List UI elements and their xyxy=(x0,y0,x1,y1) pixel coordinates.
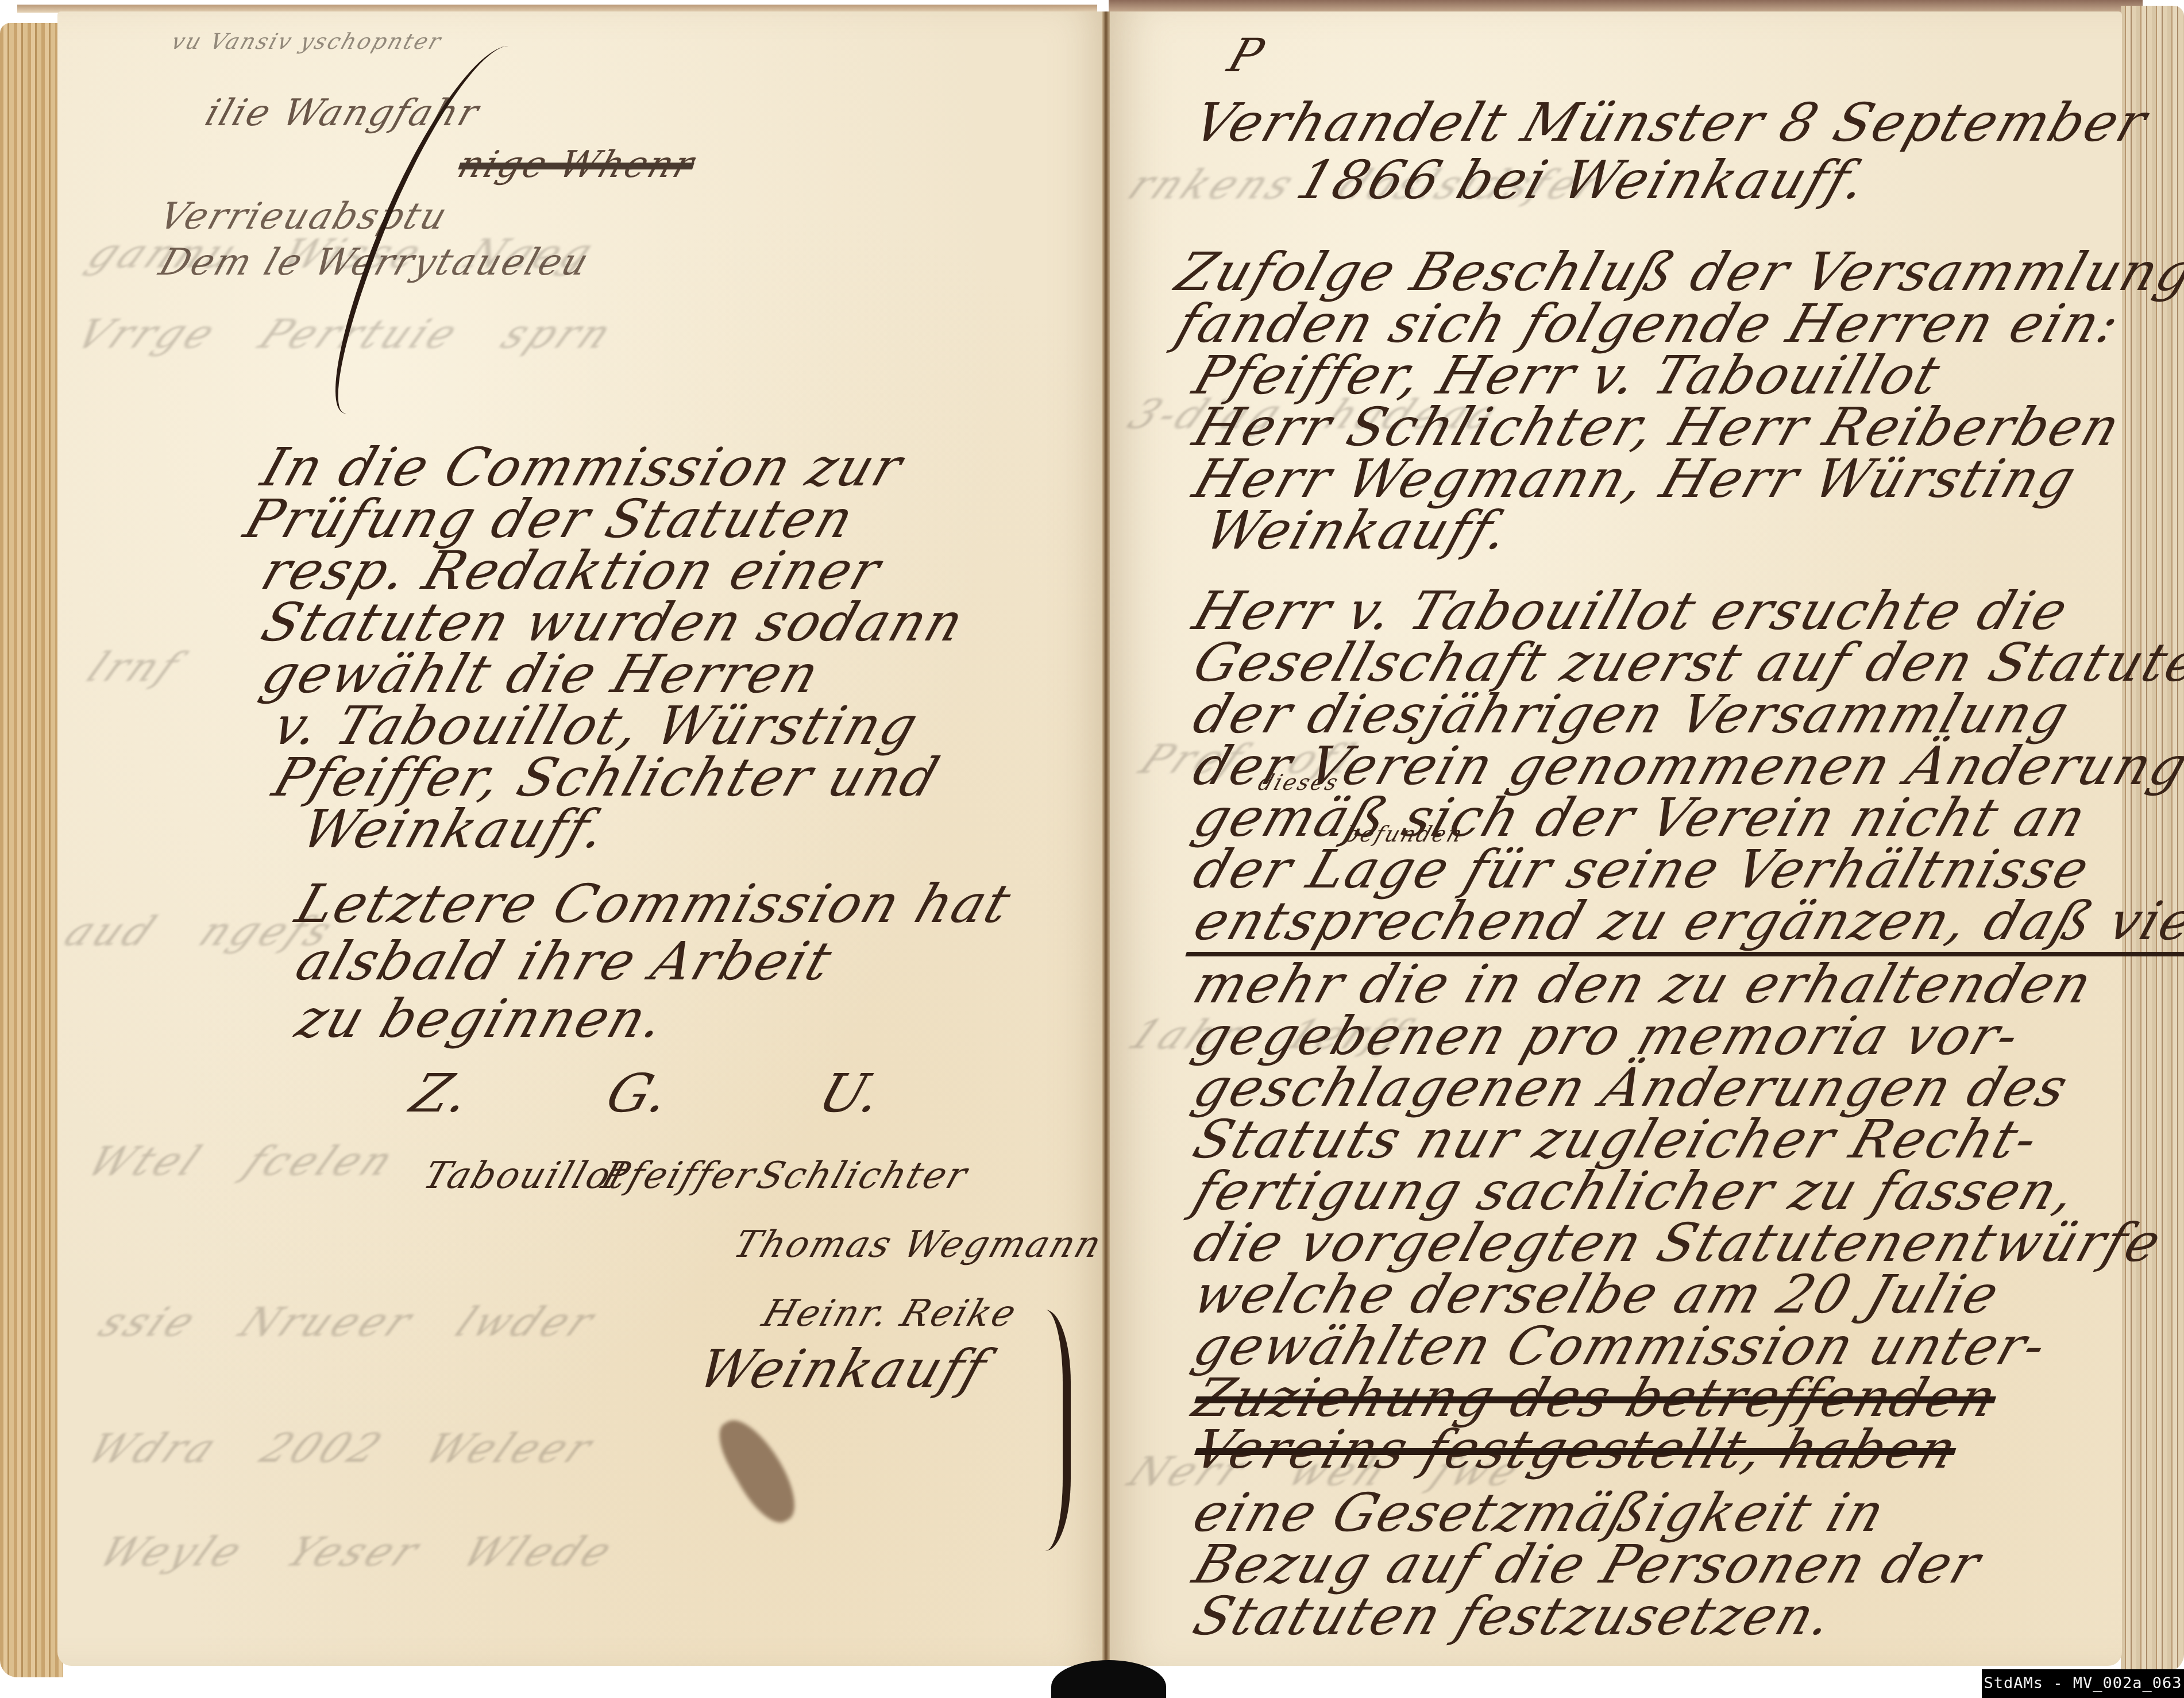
page-marker: P xyxy=(1222,29,1272,82)
attestation-mark: U. xyxy=(812,1063,892,1124)
attestation-mark: Z. xyxy=(404,1063,480,1124)
top-edge-right xyxy=(1109,0,2143,13)
left-page: gannu Wisse Naeg Vrrge Perrtuie sprn lrn… xyxy=(57,11,1109,1666)
bleed-through-text: Weyle Yeser Wlede xyxy=(91,1528,624,1575)
signature: Schlichter xyxy=(751,1155,974,1197)
signature: Thomas Wegmann xyxy=(728,1224,1108,1266)
open-book-spread: gannu Wisse Naeg Vrrge Perrtuie sprn lrn… xyxy=(0,0,2184,1698)
entry-heading: 1866 bei Weinkauff. xyxy=(1290,149,1876,211)
manuscript-line-struck: Vereins festgestellt, haben xyxy=(1186,1419,1966,1480)
manuscript-line: alsbald ihre Arbeit xyxy=(289,931,841,992)
signature: Pfeiffer xyxy=(596,1155,762,1197)
bleed-through-text: ssie Nrueer lwder xyxy=(91,1298,606,1345)
manuscript-line: zu beginnen. xyxy=(289,988,674,1049)
signature-flourish xyxy=(1028,1310,1071,1551)
pencil-note: vu Vansiv yschopnter xyxy=(168,29,446,54)
manuscript-line-underlined: entsprechend zu ergänzen, daß viel- xyxy=(1185,890,2184,956)
entry-heading: Verhandelt Münster 8 September xyxy=(1186,92,2156,153)
struck-line: nige Whenr xyxy=(453,144,701,186)
page-stack-left xyxy=(0,23,63,1677)
bleed-through-text: Wtel fcelen xyxy=(79,1137,406,1184)
manuscript-line: Statuten festzusetzen. xyxy=(1186,1585,1842,1647)
signature: Heinr. Reike xyxy=(757,1292,1023,1335)
manuscript-line: Letztere Commission hat xyxy=(289,873,1020,935)
attestation-mark: G. xyxy=(599,1063,680,1124)
ink-blot xyxy=(709,1409,807,1531)
manuscript-line: Weinkauff. xyxy=(1198,500,1519,561)
right-page: rnkens daslsidsfer 3-diag hadeaa Pref of… xyxy=(1110,11,2122,1666)
signature: Weinkauff xyxy=(691,1338,995,1400)
bleed-through-text: Wdra 2002 Weleer xyxy=(79,1425,604,1472)
bleed-through-text: lrnf xyxy=(79,643,191,690)
archive-signature-label: StdAMs - MV_002a_063 xyxy=(1982,1669,2184,1698)
manuscript-line: Weinkauff. xyxy=(295,798,616,860)
